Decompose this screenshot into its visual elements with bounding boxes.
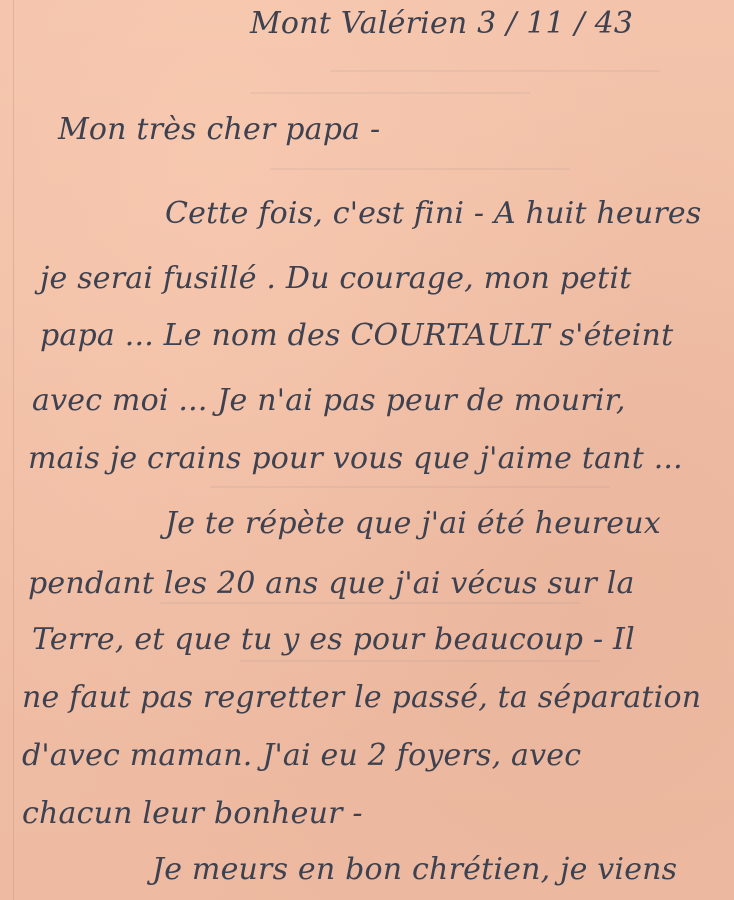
letter-page: Mont Valérien 3 / 11 / 43 Mon très cher … [0, 0, 734, 900]
letter-line: pendant les 20 ans que j'ai vécus sur la [28, 566, 635, 601]
letter-line: Je te répète que j'ai été heureux [165, 506, 661, 541]
ink-show-through [210, 486, 610, 488]
letter-header-place-date: Mont Valérien 3 / 11 / 43 [250, 6, 633, 41]
letter-line: d'avec maman. J'ai eu 2 foyers, avec [22, 738, 581, 773]
ink-show-through [240, 660, 600, 662]
letter-line: papa ... Le nom des COURTAULT s'éteint [40, 318, 673, 353]
ink-show-through [330, 70, 660, 72]
letter-line: je serai fusillé . Du courage, mon petit [40, 261, 631, 296]
letter-line: Terre, et que tu y es pour beaucoup - Il [32, 622, 635, 657]
letter-line: Je meurs en bon chrétien, je viens [152, 852, 677, 887]
paper-fold-line [13, 0, 14, 900]
ink-show-through [160, 602, 580, 604]
letter-line: mais je crains pour vous que j'aime tant… [28, 441, 683, 476]
letter-salutation: Mon très cher papa - [58, 112, 380, 147]
letter-line: ne faut pas regretter le passé, ta sépar… [22, 680, 701, 715]
letter-line: avec moi ... Je n'ai pas peur de mourir, [32, 383, 626, 418]
letter-line: chacun leur bonheur - [22, 796, 363, 831]
letter-line: Cette fois, c'est fini - A huit heures [165, 196, 701, 231]
ink-show-through [270, 168, 570, 170]
ink-show-through [250, 92, 530, 94]
